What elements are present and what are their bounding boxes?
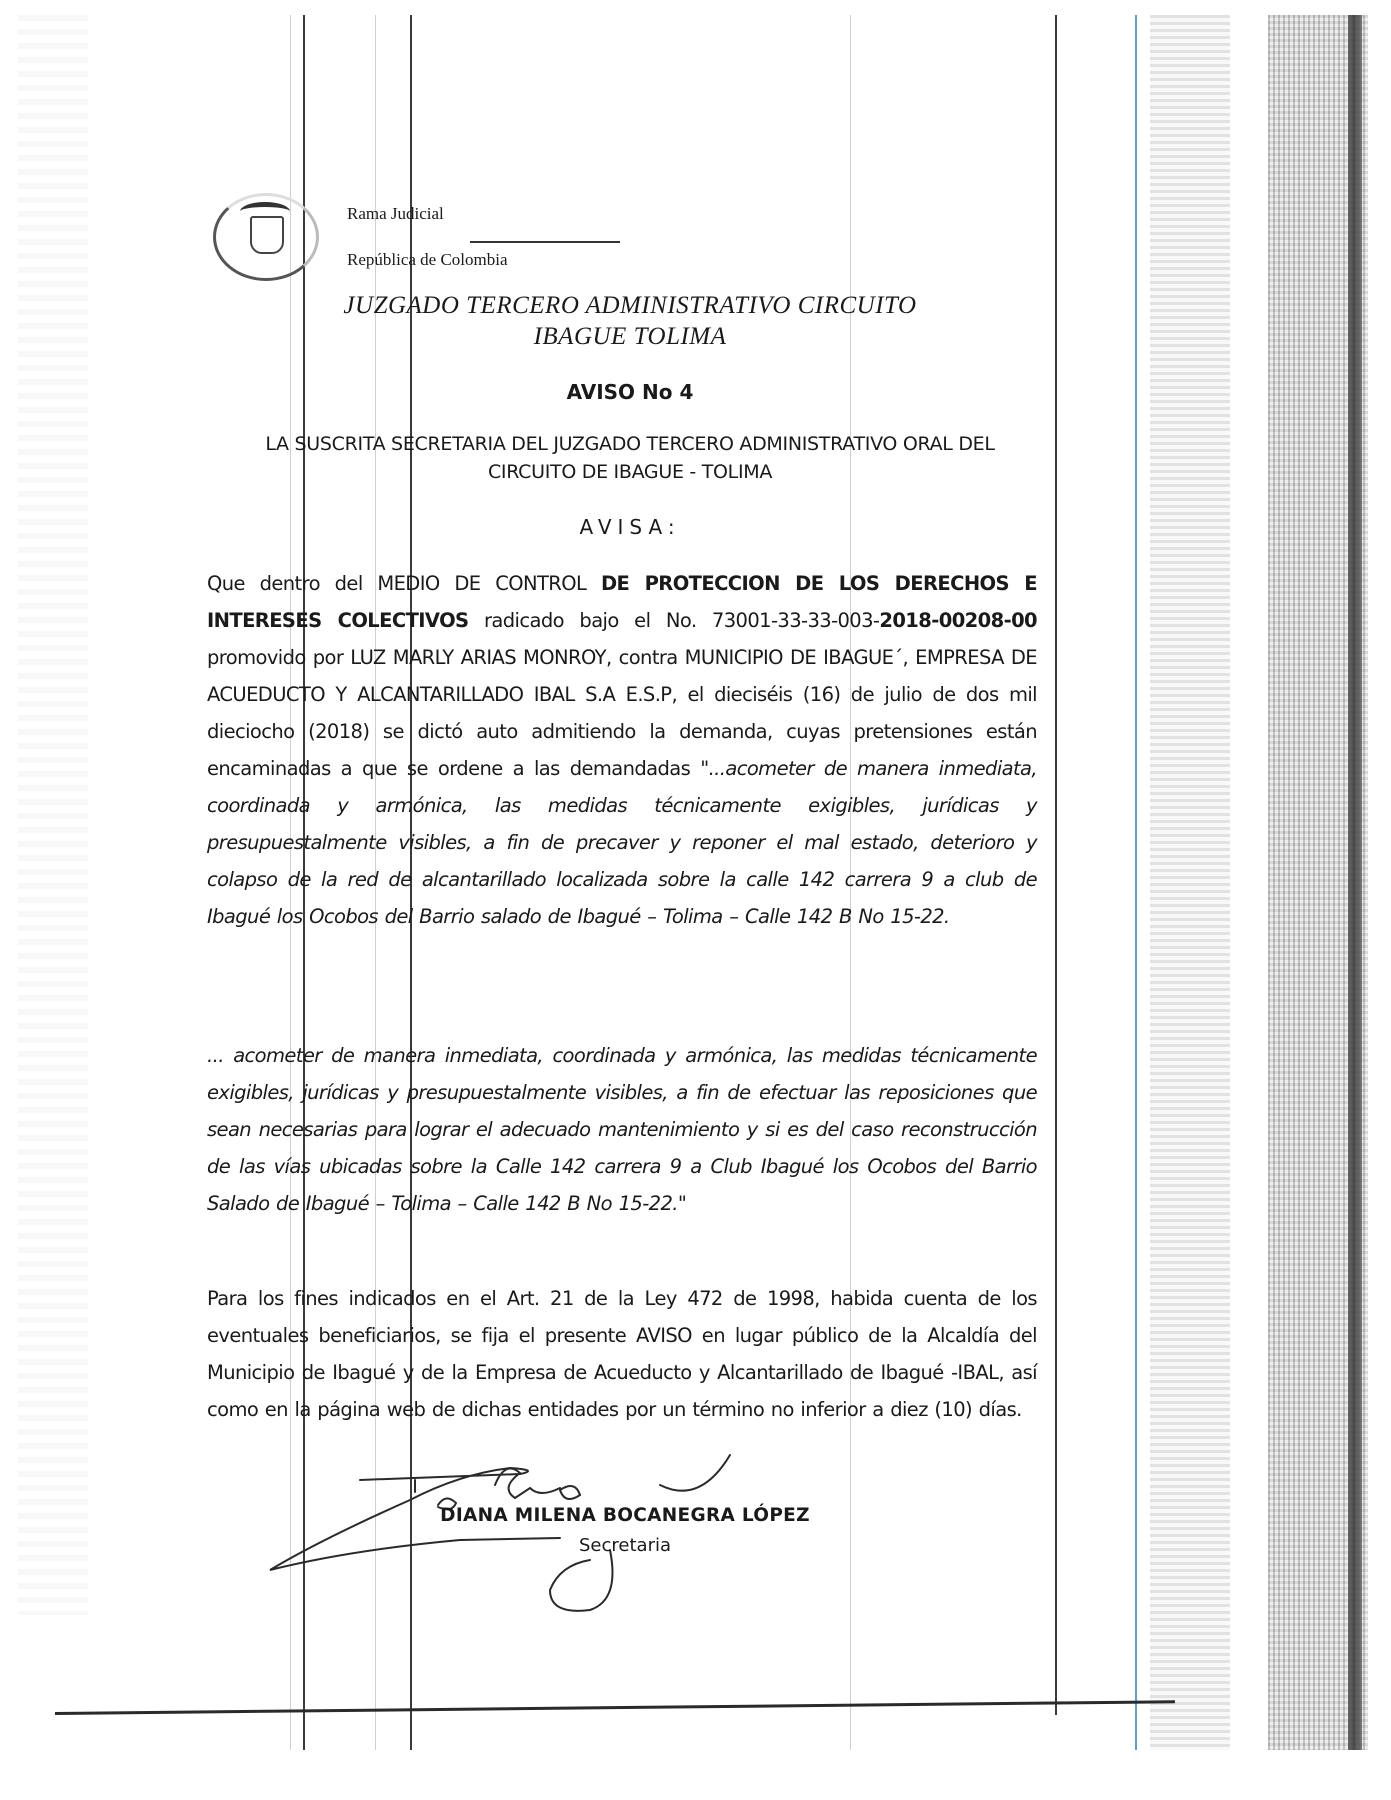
body-paragraph-2: ... acometer de manera inmediata, coordi… — [207, 1037, 1037, 1222]
letterhead-line1: Rama Judicial — [347, 204, 444, 224]
scan-line-blue — [1135, 15, 1137, 1750]
issuer-line2: CIRCUITO DE IBAGUE - TOLIMA — [200, 458, 1060, 486]
scan-line-horizontal — [55, 1700, 1175, 1715]
signatory-name: DIANA MILENA BOCANEGRA LÓPEZ — [420, 1505, 830, 1526]
colombia-coat-of-arms-icon — [213, 193, 319, 281]
p1-quote: ...acometer de manera inmediata, coordin… — [207, 757, 1037, 928]
scan-noise-right — [1150, 15, 1230, 1750]
court-title-line2: IBAGUE TOLIMA — [200, 323, 1060, 351]
p1-bold-case-number: 2018-00208-00 — [879, 609, 1037, 632]
body-paragraph-1: Que dentro del MEDIO DE CONTROL DE PROTE… — [207, 565, 1037, 935]
letterhead-line2: República de Colombia — [347, 250, 508, 270]
letterhead-rule — [470, 241, 620, 243]
avisa-heading: AVISA: — [200, 515, 1060, 539]
issuer-line1: LA SUSCRITA SECRETARIA DEL JUZGADO TERCE… — [200, 430, 1060, 458]
scan-line — [1055, 15, 1057, 1715]
body-paragraph-3: Para los fines indicados en el Art. 21 d… — [207, 1280, 1037, 1428]
scan-edge — [1348, 15, 1362, 1750]
court-title-line1: JUZGADO TERCERO ADMINISTRATIVO CIRCUITO — [200, 292, 1060, 320]
notice-issuer: LA SUSCRITA SECRETARIA DEL JUZGADO TERCE… — [200, 430, 1060, 486]
signatory-role: Secretaria — [420, 1535, 830, 1556]
p1-text: Que dentro del MEDIO DE CONTROL — [207, 572, 601, 595]
scan-noise-left — [18, 15, 88, 1615]
p1-text: radicado bajo el No. 73001-33-33-003- — [469, 609, 880, 632]
notice-number: AVISO No 4 — [200, 380, 1060, 404]
